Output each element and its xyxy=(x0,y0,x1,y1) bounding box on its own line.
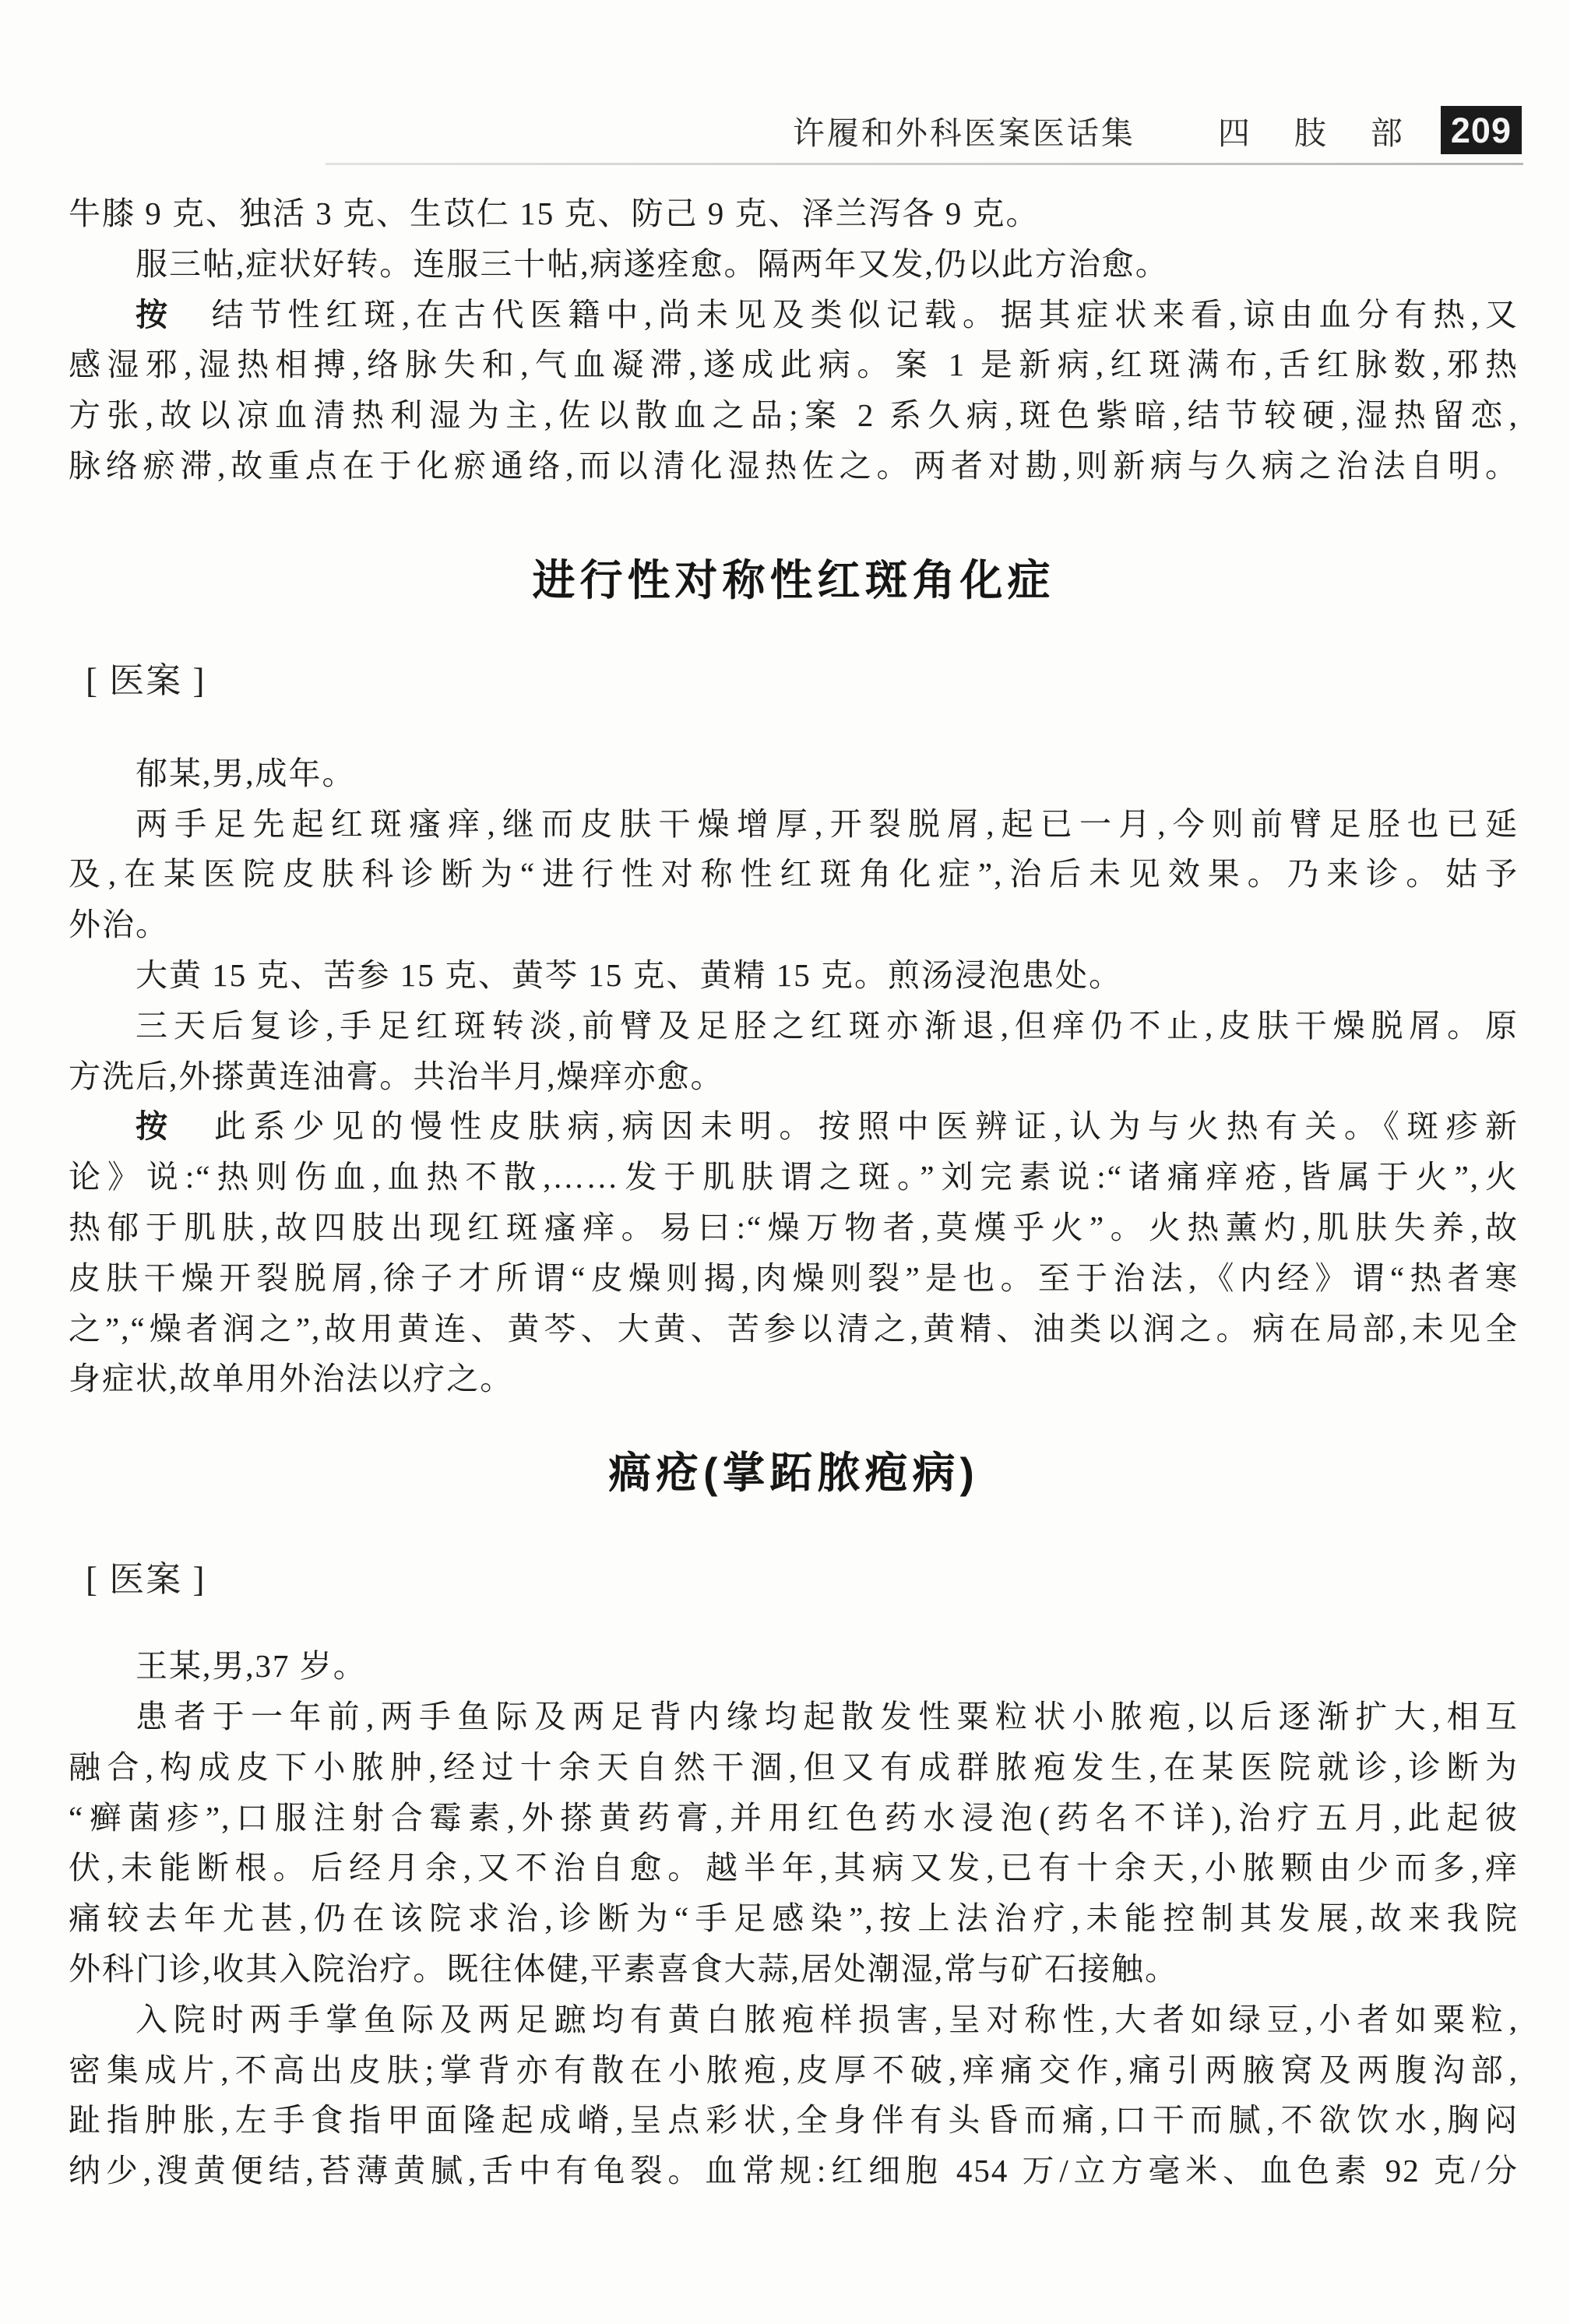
text-line: 外科门诊,收其入院治疗。既往体健,平素喜食大蒜,居处潮湿,常与矿石接触。 xyxy=(69,1944,1519,1995)
text-line: 趾指肿胀,左手食指甲面隆起成嵴,呈点彩状,全身伴有头昏而痛,口干而腻,不欲饮水,… xyxy=(69,2095,1519,2146)
book-title: 许履和外科医案医话集 xyxy=(793,107,1135,153)
text-line: 方张,故以凉血清热利湿为主,佐以散血之品;案 2 系久病,斑色紫暗,结节较硬,湿… xyxy=(69,390,1519,441)
text-line: 热郁于肌肤,故四肢出现红斑瘙痒。易曰:“燥万物者,莫熯乎火”。火热薰灼,肌肤失养… xyxy=(69,1202,1519,1253)
part-title: 四 肢 部 xyxy=(1176,107,1405,153)
text-line: 之”,“燥者润之”,故用黄连、黄芩、大黄、苦参以清之,黄精、油类以润之。病在局部… xyxy=(69,1304,1519,1354)
text-line: 牛膝 9 克、独活 3 克、生苡仁 15 克、防己 9 克、泽兰泻各 9 克。 xyxy=(69,188,1519,239)
text-line: 感湿邪,湿热相搏,络脉失和,气血凝滞,遂成此病。案 1 是新病,红斑满布,舌红脉… xyxy=(69,340,1519,390)
text-line: 伏,未能断根。后经月余,又不治自愈。越半年,其病又发,已有十余天,小脓颗由少而多… xyxy=(69,1843,1519,1893)
text-line: 外治。 xyxy=(69,900,1519,950)
text-line: “癣菌疹”,口服注射合霉素,外搽黄药膏,并用红色药水浸泡(药名不详),治疗五月,… xyxy=(69,1793,1519,1843)
text-line: 三天后复诊,手足红斑转淡,前臂及足胫之红斑亦渐退,但痒仍不止,皮肤干燥脱屑。原 xyxy=(69,1001,1519,1051)
section-title-pustulosis: 瘑疮(掌跖脓疱病) xyxy=(69,1449,1519,1496)
header-divider xyxy=(326,163,1523,165)
text-line: 入院时两手掌鱼际及两足蹠均有黄白脓疱样损害,呈对称性,大者如绿豆,小者如粟粒, xyxy=(69,1995,1519,2045)
text-line: 皮肤干燥开裂脱屑,徐子才所谓“皮燥则揭,肉燥则裂”是也。至于治法,《内经》谓“热… xyxy=(69,1253,1519,1304)
case-record-label-2: [ 医案 ] xyxy=(69,1557,1519,1602)
text-line: 及,在某医院皮肤科诊断为“进行性对称性红斑角化症”,治后未见效果。乃来诊。姑予 xyxy=(69,849,1519,900)
text-line: 方洗后,外搽黄连油膏。共治半月,燥痒亦愈。 xyxy=(69,1051,1519,1102)
text-line: 密集成片,不高出皮肤;掌背亦有散在小脓疱,皮厚不破,痒痛交作,痛引两腋窝及两腹沟… xyxy=(69,2045,1519,2096)
text-line: 按 此系少见的慢性皮肤病,病因未明。按照中医辨证,认为与火热有关。《斑疹新 xyxy=(69,1101,1519,1152)
text-line: 身症状,故单用外治法以疗之。 xyxy=(69,1354,1519,1404)
case-body-1: 郁某,男,成年。两手足先起红斑瘙痒,继而皮肤干燥增厚,开裂脱屑,起已一月,今则前… xyxy=(69,748,1519,1404)
part-char-3: 部 xyxy=(1371,107,1405,153)
part-char-1: 四 xyxy=(1218,107,1252,153)
text-line: 两手足先起红斑瘙痒,继而皮肤干燥增厚,开裂脱屑,起已一月,今则前臂足胫也已延 xyxy=(69,799,1519,850)
text-line: 论》说:“热则伤血,血热不散,……发于肌肤谓之斑。”刘完素说:“诸痛痒疮,皆属于… xyxy=(69,1152,1519,1202)
text-line: 患者于一年前,两手鱼际及两足背内缘均起散发性粟粒状小脓疱,以后逐渐扩大,相互 xyxy=(69,1692,1519,1742)
text-line: 脉络瘀滞,故重点在于化瘀通络,而以清化湿热佐之。两者对勘,则新病与久病之治法自明… xyxy=(69,441,1519,491)
text-line: 服三帖,症状好转。连服三十帖,病遂痊愈。隔两年又发,仍以此方治愈。 xyxy=(69,239,1519,290)
book-page: 许履和外科医案医话集 四 肢 部 209 牛膝 9 克、独活 3 克、生苡仁 1… xyxy=(0,0,1570,2324)
text-line: 痛较去年尤甚,仍在该院求治,诊断为“手足感染”,按上法治疗,未能控制其发展,故来… xyxy=(69,1893,1519,1944)
page-content: 牛膝 9 克、独活 3 克、生苡仁 15 克、防己 9 克、泽兰泻各 9 克。服… xyxy=(69,188,1519,2196)
text-line: 王某,男,37 岁。 xyxy=(69,1641,1519,1692)
case-body-2: 王某,男,37 岁。患者于一年前,两手鱼际及两足背内缘均起散发性粟粒状小脓疱,以… xyxy=(69,1641,1519,2196)
text-line: 郁某,男,成年。 xyxy=(69,748,1519,799)
annotation-lead: 按 xyxy=(136,1108,174,1144)
section-title-erythrokeratodermia: 进行性对称性红斑角化症 xyxy=(69,557,1519,604)
text-line: 按 结节性红斑,在古代医籍中,尚未见及类似记载。据其症状来看,谅由血分有热,又 xyxy=(69,290,1519,340)
text-line: 融合,构成皮下小脓肿,经过十余天自然干涸,但又有成群脓疱发生,在某医院就诊,诊断… xyxy=(69,1742,1519,1793)
annotation-lead: 按 xyxy=(136,297,174,333)
case-record-label-1: [ 医案 ] xyxy=(69,658,1519,703)
page-number-badge: 209 xyxy=(1441,106,1522,154)
text-line: 纳少,溲黄便结,苔薄黄腻,舌中有龟裂。血常规:红细胞 454 万/立方毫米、血色… xyxy=(69,2146,1519,2196)
part-char-2: 肢 xyxy=(1294,107,1329,153)
intro-paragraphs: 牛膝 9 克、独活 3 克、生苡仁 15 克、防己 9 克、泽兰泻各 9 克。服… xyxy=(69,188,1519,491)
page-header: 许履和外科医案医话集 四 肢 部 209 xyxy=(0,106,1522,154)
text-line: 大黄 15 克、苦参 15 克、黄芩 15 克、黄精 15 克。煎汤浸泡患处。 xyxy=(69,950,1519,1001)
